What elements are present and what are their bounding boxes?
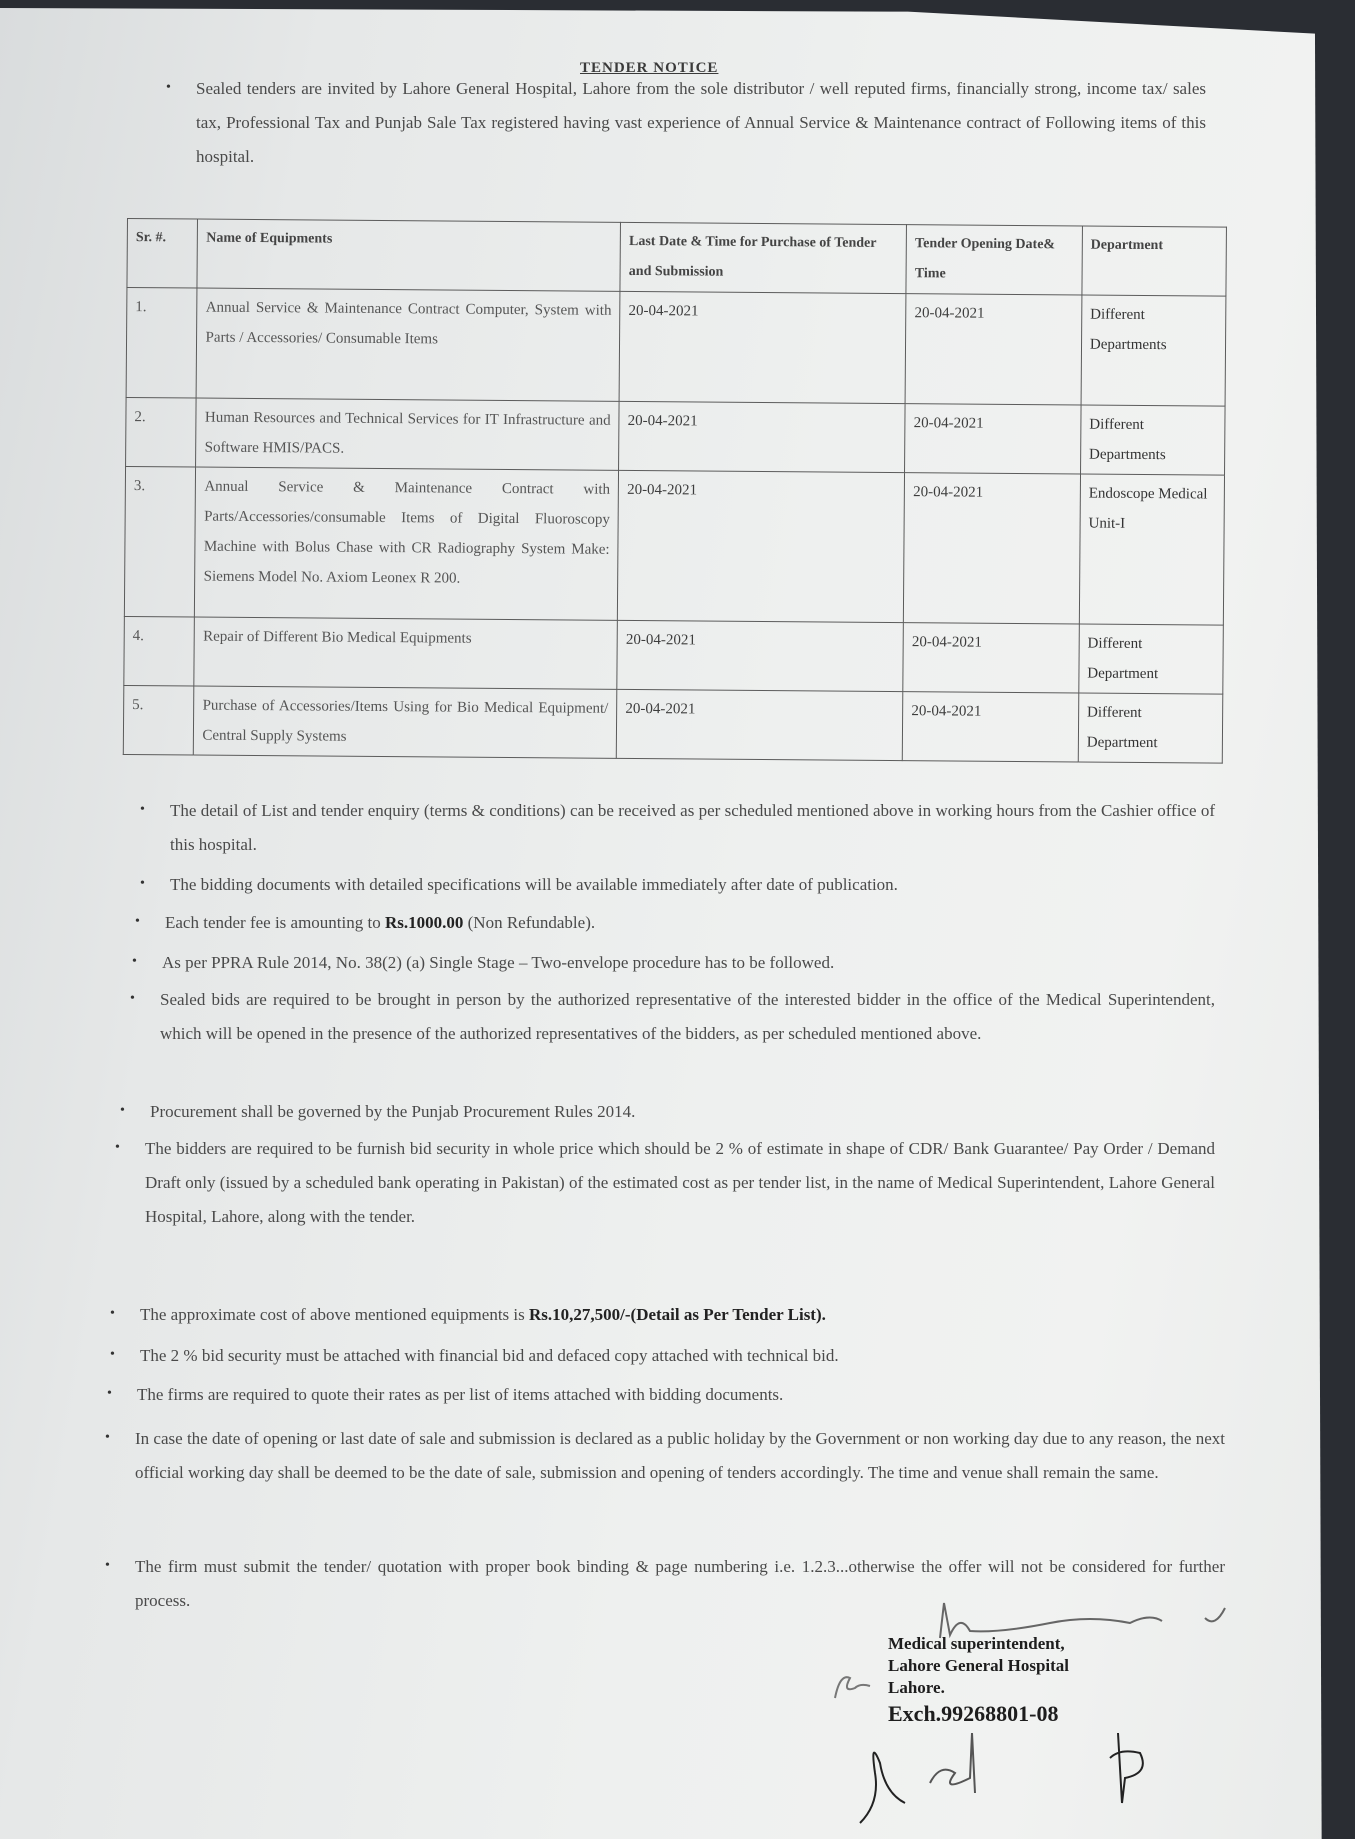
header-sr: Sr. #. <box>127 219 198 289</box>
cell-sr: 2. <box>126 397 197 467</box>
term-item: Procurement shall be governed by the Pun… <box>150 1095 1210 1129</box>
intro-paragraph: Sealed tenders are invited by Lahore Gen… <box>196 72 1206 174</box>
cell-last-date: 20-04-2021 <box>617 620 904 691</box>
bullet-marker: • <box>110 1306 115 1322</box>
cell-sr: 3. <box>124 466 196 617</box>
cell-sr: 1. <box>126 288 197 399</box>
term-item: Sealed bids are required to be brought i… <box>160 983 1215 1051</box>
cell-equipment-name: Purchase of Accessories/Items Using for … <box>194 686 617 758</box>
cell-department: Different Departments <box>1080 405 1225 475</box>
initials-scribble-icon <box>830 1668 880 1708</box>
term-item: The detail of List and tender enquiry (t… <box>170 794 1215 862</box>
header-opening: Tender Opening Date& Time <box>906 225 1082 295</box>
bullet-marker: • <box>130 991 135 1007</box>
cell-department: Different Departments <box>1081 295 1226 406</box>
cell-department: Different Department <box>1079 624 1224 694</box>
term-item: In case the date of opening or last date… <box>135 1422 1225 1490</box>
cell-opening-date: 20-04-2021 <box>903 623 1079 693</box>
table-row: 4.Repair of Different Bio Medical Equipm… <box>124 616 1224 694</box>
cell-department: Different Department <box>1078 693 1223 763</box>
cell-equipment-name: Human Resources and Technical Services f… <box>196 398 619 470</box>
cell-department: Endoscope Medical Unit-I <box>1079 474 1224 625</box>
term-text: (Non Refundable). <box>463 913 595 932</box>
exchange-number: Exch.99268801-08 <box>888 1703 1069 1725</box>
signatory-hospital: Lahore General Hospital <box>888 1655 1069 1677</box>
signatory-city: Lahore. <box>888 1677 1069 1699</box>
cell-last-date: 20-04-2021 <box>616 689 903 760</box>
cell-last-date: 20-04-2021 <box>619 401 906 472</box>
term-item: The bidders are required to be furnish b… <box>145 1132 1215 1234</box>
bullet-marker: • <box>140 876 145 892</box>
cell-opening-date: 20-04-2021 <box>904 473 1081 624</box>
term-amount: Rs.1000.00 <box>385 913 463 932</box>
cell-last-date: 20-04-2021 <box>619 291 906 403</box>
cell-opening-date: 20-04-2021 <box>905 404 1081 474</box>
bullet-marker: • <box>107 1386 112 1402</box>
header-last-date: Last Date & Time for Purchase of Tender … <box>620 222 907 293</box>
bullet-marker: • <box>140 802 145 818</box>
bullet-marker: • <box>166 80 171 96</box>
signatures-bottom-icon <box>860 1733 1180 1833</box>
term-item: The approximate cost of above mentioned … <box>140 1298 1220 1332</box>
signatory-title: Medical superintendent, <box>888 1633 1069 1655</box>
bullet-marker: • <box>110 1347 115 1363</box>
cell-equipment-name: Annual Service & Maintenance Contract wi… <box>195 467 619 620</box>
term-item: Each tender fee is amounting to Rs.1000.… <box>165 906 1210 940</box>
table-row: 3.Annual Service & Maintenance Contract … <box>124 466 1224 625</box>
table-row: 1.Annual Service & Maintenance Contract … <box>126 288 1226 407</box>
cell-sr: 4. <box>124 616 195 686</box>
bullet-marker: • <box>105 1558 110 1574</box>
tender-notice-page: TENDER NOTICE • Sealed tenders are invit… <box>0 8 1335 1839</box>
signature-block: Medical superintendent, Lahore General H… <box>888 1633 1069 1725</box>
cell-opening-date: 20-04-2021 <box>905 294 1081 405</box>
cell-equipment-name: Annual Service & Maintenance Contract Co… <box>197 288 621 401</box>
bullet-marker: • <box>135 914 140 930</box>
term-item: As per PPRA Rule 2014, No. 38(2) (a) Sin… <box>162 946 1207 980</box>
table-row: 2.Human Resources and Technical Services… <box>126 397 1226 475</box>
cell-opening-date: 20-04-2021 <box>903 692 1079 762</box>
table-row: 5.Purchase of Accessories/Items Using fo… <box>123 685 1223 763</box>
cell-sr: 5. <box>123 685 194 755</box>
header-department: Department <box>1082 226 1227 296</box>
bullet-marker: • <box>115 1140 120 1156</box>
bullet-marker: • <box>132 954 137 970</box>
term-text: The approximate cost of above mentioned … <box>140 1305 529 1324</box>
term-amount: Rs.10,27,500/-(Detail as Per Tender List… <box>529 1305 826 1324</box>
bullet-marker: • <box>120 1103 125 1119</box>
tender-items-table: Sr. #. Name of Equipments Last Date & Ti… <box>123 218 1227 764</box>
table-header-row: Sr. #. Name of Equipments Last Date & Ti… <box>127 219 1227 297</box>
term-text: Each tender fee is amounting to <box>165 913 385 932</box>
header-name: Name of Equipments <box>197 219 620 291</box>
term-item: The 2 % bid security must be attached wi… <box>140 1339 1220 1373</box>
term-item: The firms are required to quote their ra… <box>137 1378 1222 1412</box>
cell-equipment-name: Repair of Different Bio Medical Equipmen… <box>194 617 617 689</box>
term-item: The bidding documents with detailed spec… <box>170 868 1215 902</box>
bullet-marker: • <box>105 1430 110 1446</box>
cell-last-date: 20-04-2021 <box>618 470 905 622</box>
